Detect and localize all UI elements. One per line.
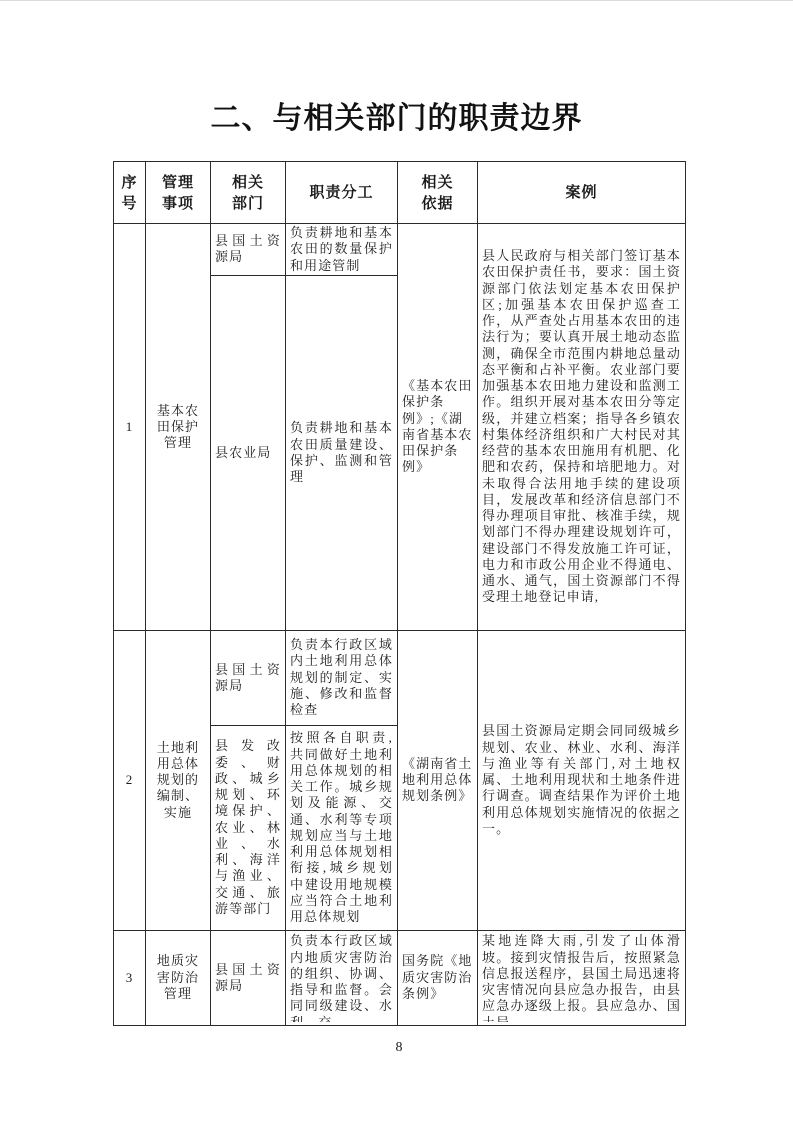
cell-case-3-text: 某地连降大雨,引发了山体滑坡。接到灾情报告后，按照紧急信息报送程序，县国土局迅速… xyxy=(482,933,681,1022)
cell-duty-2a: 负责本行政区域内土地利用总体规划的制定、实施、修改和监督检查 xyxy=(286,630,398,725)
col-header-case: 案例 xyxy=(478,162,686,224)
cell-case-3: 某地连降大雨,引发了山体滑坡。接到灾情报告后，按照紧急信息报送程序，县国土局迅速… xyxy=(478,930,686,1025)
page-title: 二、与相关部门的职责边界 xyxy=(0,99,793,139)
cell-item-3: 地质灾害防治管理 xyxy=(146,930,211,1025)
col-header-dept-label: 相关部门 xyxy=(228,172,268,214)
cell-duty-1b: 负责耕地和基本农田质量建设、保护、监测和管理 xyxy=(286,275,398,630)
cell-case-2: 县国土资源局定期会同同级城乡规划、农业、林业、水利、海洋与渔业等有关部门,对土地… xyxy=(478,630,686,930)
cell-dept-1b: 县农业局 xyxy=(211,275,286,630)
cell-basis-2: 《湖南省土地利用总体规划条例》 xyxy=(398,630,478,930)
cell-duty-3: 负责本行政区域内地质灾害防治的组织、协调、指导和监督。会同同级建设、水利、交 xyxy=(286,930,398,1025)
col-header-duty: 职责分工 xyxy=(286,162,398,224)
table-row: 1 基本农田保护管理 县国土资源局 负责耕地和基本农田的数量保护和用途管制 《基… xyxy=(114,224,686,276)
cell-dept-2a: 县国土资源局 xyxy=(211,630,286,725)
cell-item-1: 基本农田保护管理 xyxy=(146,224,211,631)
col-header-seq-label: 序号 xyxy=(115,172,144,214)
cell-basis-3: 国务院《地质灾害防治条例》 xyxy=(398,930,478,1025)
table-header-row: 序号 管理事项 相关部门 职责分工 相关依据 案例 xyxy=(114,162,686,224)
col-header-dept: 相关部门 xyxy=(211,162,286,224)
cell-seq-3: 3 xyxy=(114,930,146,1025)
cell-case-1-text: 县人民政府与相关部门签订基本农田保护责任书，要求：国土资源部门依法划定基本农田保… xyxy=(482,248,681,606)
col-header-basis: 相关依据 xyxy=(398,162,478,224)
table-row: 2 土地利用总体规划的编制、实施 县国土资源局 负责本行政区域内土地利用总体规划… xyxy=(114,630,686,725)
cell-dept-2b: 县发改委、财政、城乡规划、环境保护、农业、林业、水利、海洋与渔业、交通、旅游等部… xyxy=(211,725,286,930)
page-number: 8 xyxy=(113,1040,685,1056)
cell-duty-3-text: 负责本行政区域内地质灾害防治的组织、协调、指导和监督。会同同级建设、水利、交 xyxy=(290,933,393,1022)
cell-basis-1: 《基本农田保护条例》;《湖南省基本农田保护条例》 xyxy=(398,224,478,631)
col-header-seq: 序号 xyxy=(114,162,146,224)
cell-item-2: 土地利用总体规划的编制、实施 xyxy=(146,630,211,930)
cell-dept-3: 县国土资源局 xyxy=(211,930,286,1025)
cell-duty-1a: 负责耕地和基本农田的数量保护和用途管制 xyxy=(286,224,398,276)
responsibility-boundary-table: 序号 管理事项 相关部门 职责分工 相关依据 案例 1 基本农田保护管理 县国土… xyxy=(113,161,686,1026)
table-row: 3 地质灾害防治管理 县国土资源局 负责本行政区域内地质灾害防治的组织、协调、指… xyxy=(114,930,686,1025)
col-header-item-label: 管理事项 xyxy=(158,172,198,214)
cell-seq-1: 1 xyxy=(114,224,146,631)
col-header-basis-label: 相关依据 xyxy=(418,172,458,214)
cell-seq-2: 2 xyxy=(114,630,146,930)
document-page: 二、与相关部门的职责边界 序号 管理事项 相关部门 职责分工 相关依据 案例 1 xyxy=(0,0,793,1122)
cell-case-1: 县人民政府与相关部门签订基本农田保护责任书，要求：国土资源部门依法划定基本农田保… xyxy=(478,224,686,631)
cell-duty-2b: 按照各自职责,共同做好土地利用总体规划的相关工作。城乡规划及能源、交通、水利等专… xyxy=(286,725,398,930)
cell-duty-2b-text: 按照各自职责,共同做好土地利用总体规划的相关工作。城乡规划及能源、交通、水利等专… xyxy=(290,730,393,925)
cell-dept-1a: 县国土资源局 xyxy=(211,224,286,276)
col-header-item: 管理事项 xyxy=(146,162,211,224)
